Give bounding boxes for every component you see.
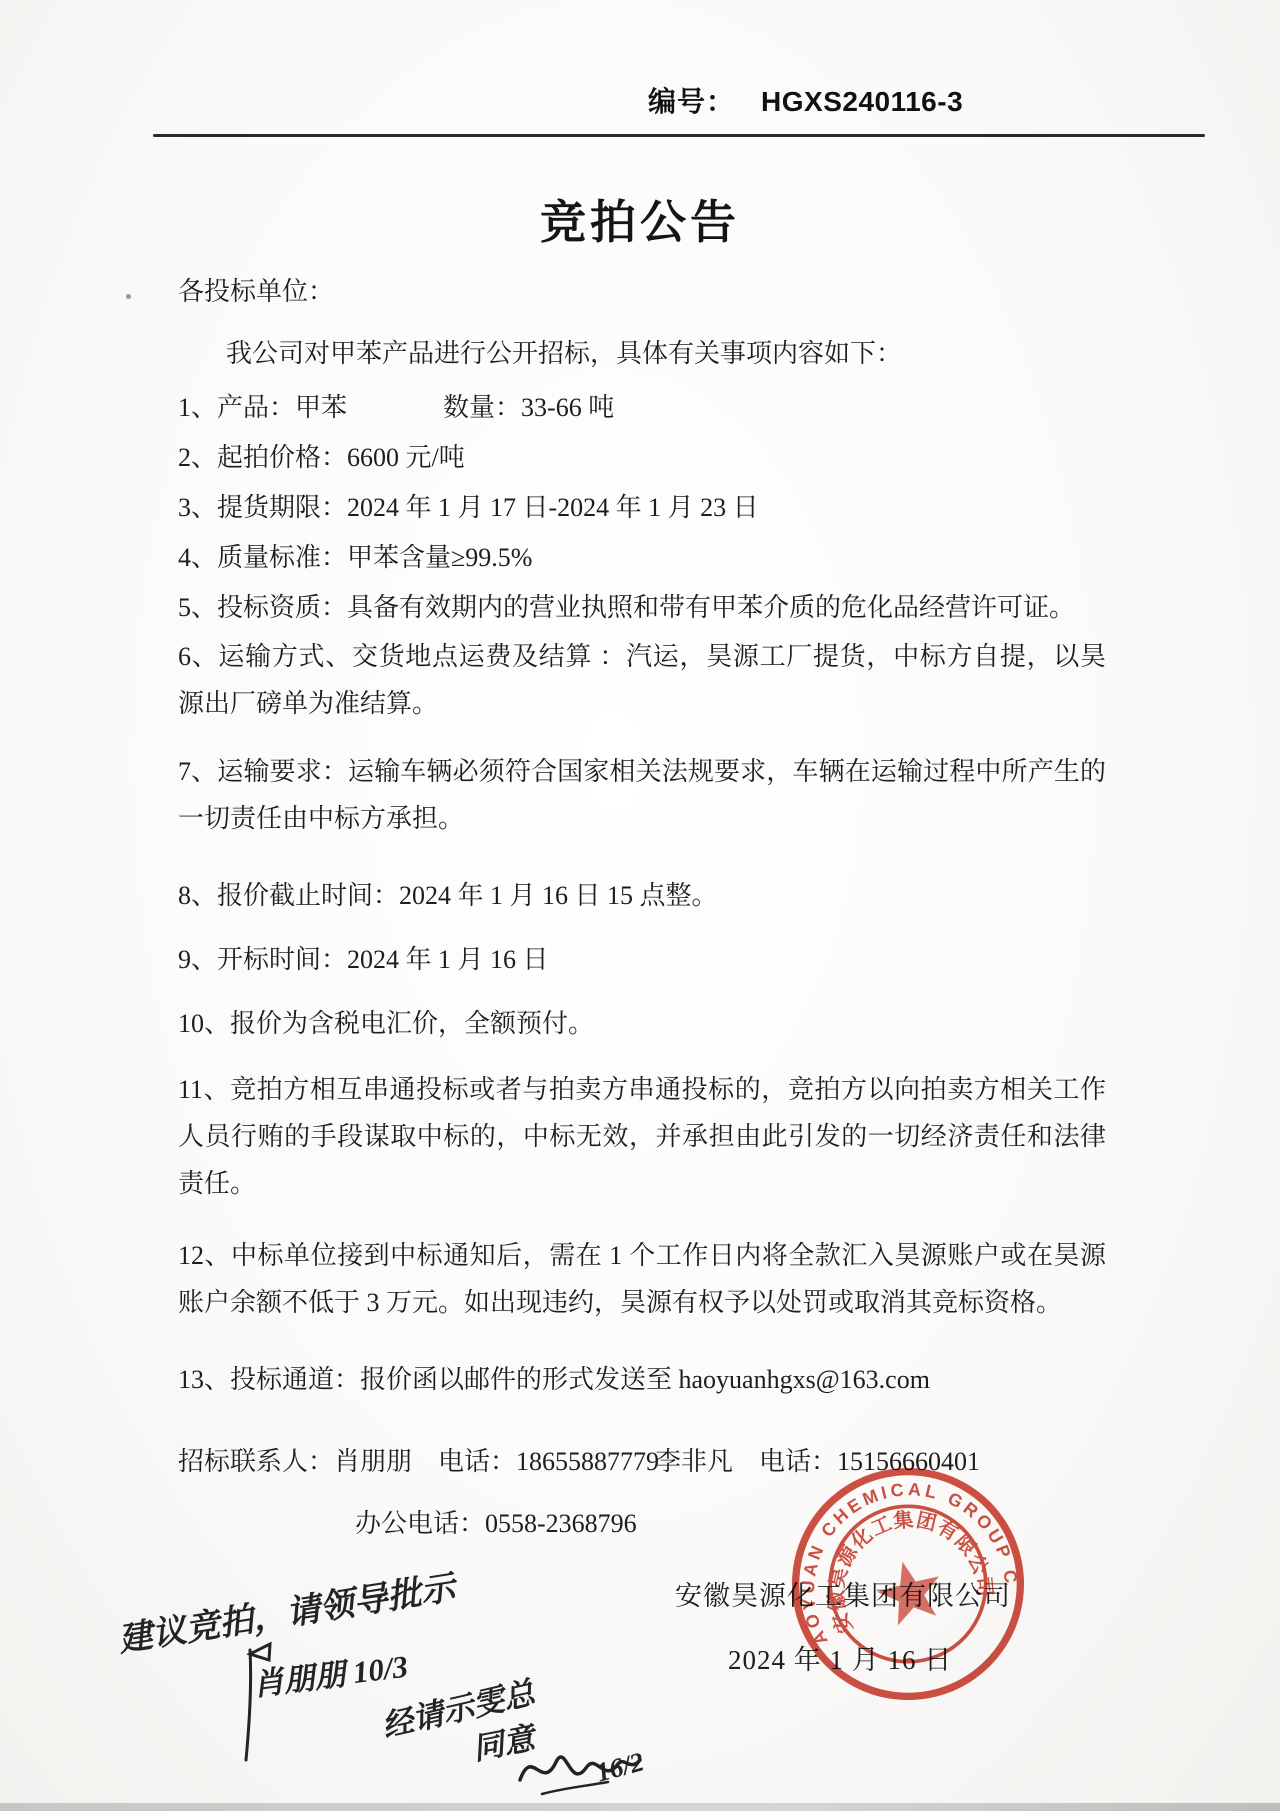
salutation: 各投标单位： [178, 268, 334, 315]
item-1: 1、产品：甲苯数量：33-66 吨 [178, 384, 614, 431]
page-title: 竞拍公告 [0, 186, 1280, 252]
item-2: 2、起拍价格：6600 元/吨 [178, 434, 465, 481]
item-9-no: 9、 [178, 945, 217, 974]
ref-number-row: 编号：HGXS240116-3 [648, 80, 963, 120]
item-1-no: 1、 [178, 393, 217, 422]
item-10: 10、报价为含税电汇价，全额预付。 [178, 1000, 594, 1047]
seal-star-icon [871, 1554, 948, 1628]
item-1-text: 产品：甲苯 [217, 393, 347, 422]
office-phone: 办公电话：0558-2368796 [355, 1500, 637, 1547]
handwritten-signature-scribble [512, 1732, 672, 1811]
item-12-text: 中标单位接到中标通知后，需在 1 个工作日内将全款汇入昊源账户或在昊源账户余额不… [178, 1241, 1106, 1317]
handwritten-flag-stroke [236, 1640, 276, 1765]
item-13: 13、投标通道：报价函以邮件的形式发送至 haoyuanhgxs@163.com [178, 1356, 930, 1403]
item-6-no: 6、 [178, 642, 218, 671]
item-7-no: 7、 [178, 757, 217, 786]
item-6: 6、运输方式、交货地点运费及结算 ：汽运，昊源工厂提货，中标方自提，以昊源出厂磅… [178, 633, 1106, 727]
item-10-text: 报价为含税电汇价，全额预付。 [230, 1009, 594, 1038]
item-3-text: 提货期限：2024 年 1 月 17 日-2024 年 1 月 23 日 [217, 493, 759, 522]
item-9: 9、开标时间：2024 年 1 月 16 日 [178, 936, 549, 983]
item-3: 3、提货期限：2024 年 1 月 17 日-2024 年 1 月 23 日 [178, 484, 759, 531]
intro-paragraph: 我公司对甲苯产品进行公开招标，具体有关事项内容如下： [178, 330, 902, 377]
item-11-no: 11、 [178, 1075, 230, 1104]
item-7: 7、运输要求：运输车辆必须符合国家相关法规要求，车辆在运输过程中所产生的一切责任… [178, 748, 1106, 842]
header-rule [153, 134, 1205, 137]
item-12: 12、中标单位接到中标通知后，需在 1 个工作日内将全款汇入昊源账户或在昊源账户… [178, 1232, 1106, 1326]
item-4: 4、质量标准：甲苯含量≥99.5% [178, 534, 532, 581]
item-1-qty: 数量：33-66 吨 [443, 393, 614, 422]
item-6-text: 运输方式、交货地点运费及结算 ：汽运，昊源工厂提货，中标方自提，以昊源出厂磅单为… [178, 642, 1106, 718]
item-10-no: 10、 [178, 1009, 230, 1038]
item-5-text: 投标资质：具备有效期内的营业执照和带有甲苯介质的危化品经营许可证。 [217, 593, 1075, 622]
item-9-text: 开标时间：2024 年 1 月 16 日 [217, 945, 549, 974]
item-8: 8、报价截止时间：2024 年 1 月 16 日 15 点整。 [178, 872, 718, 919]
item-11-text: 竞拍方相互串通投标或者与拍卖方串通投标的，竞拍方以向拍卖方相关工作人员行贿的手段… [178, 1075, 1106, 1198]
scan-speck [126, 294, 131, 299]
item-3-no: 3、 [178, 493, 217, 522]
item-8-no: 8、 [178, 881, 217, 910]
item-12-no: 12、 [178, 1241, 231, 1270]
item-7-text: 运输要求：运输车辆必须符合国家相关法规要求，车辆在运输过程中所产生的一切责任由中… [178, 757, 1106, 833]
item-2-text: 起拍价格：6600 元/吨 [217, 443, 465, 472]
item-11: 11、竞拍方相互串通投标或者与拍卖方串通投标的，竞拍方以向拍卖方相关工作人员行贿… [178, 1066, 1106, 1207]
handwritten-note-suggest: 建议竞拍，请领导批示 [114, 1560, 457, 1662]
item-4-no: 4、 [178, 543, 217, 572]
item-13-text: 投标通道：报价函以邮件的形式发送至 haoyuanhgxs@163.com [230, 1365, 930, 1394]
ref-number: HGXS240116-3 [761, 86, 963, 117]
item-2-no: 2、 [178, 443, 217, 472]
ref-label: 编号： [648, 86, 735, 117]
item-5: 5、投标资质：具备有效期内的营业执照和带有甲苯介质的危化品经营许可证。 [178, 584, 1075, 631]
document-page: 编号：HGXS240116-3 竞拍公告 各投标单位： 我公司对甲苯产品进行公开… [0, 0, 1280, 1811]
item-8-text: 报价截止时间：2024 年 1 月 16 日 15 点整。 [217, 881, 718, 910]
contact-left: 招标联系人：肖朋朋 电话：18655887779 [178, 1438, 659, 1485]
item-13-no: 13、 [178, 1365, 230, 1394]
item-5-no: 5、 [178, 593, 217, 622]
item-4-text: 质量标准：甲苯含量≥99.5% [217, 543, 532, 572]
